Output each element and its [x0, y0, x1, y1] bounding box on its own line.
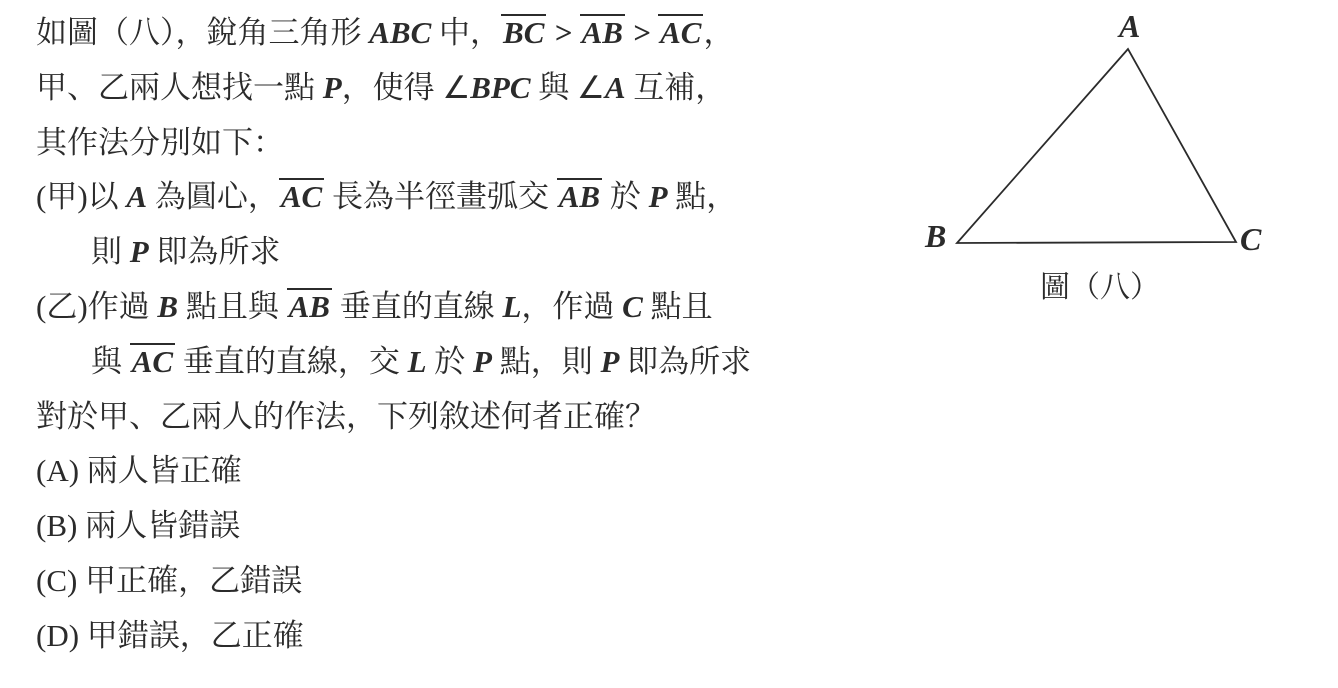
- text-run: 點，: [668, 179, 738, 214]
- text-run: 垂直的直線，交: [175, 344, 408, 379]
- text-run: 如圖（八），銳角三角形: [36, 15, 369, 50]
- text-run: 中，: [431, 15, 501, 50]
- text-run: 與: [531, 70, 578, 105]
- method-yi-line-1: (乙)作過 B 點且與 AB 垂直的直線 L，作過 C 點且: [36, 280, 916, 335]
- overlined-segment: AC: [279, 178, 324, 214]
- option-label: (A): [36, 453, 87, 488]
- overlined-segment: BC: [501, 14, 546, 50]
- option-label: (C): [36, 563, 85, 598]
- method-jia-line-2: 則 P 即為所求: [36, 225, 916, 280]
- method-jia-line-1: (甲)以 A 為圓心，AC 長為半徑畫弧交 AB 於 P 點，: [36, 170, 916, 225]
- text-run: (乙)作過: [36, 289, 157, 324]
- text-run: 長為半徑畫弧交: [324, 179, 557, 214]
- text-run: (甲)以: [36, 179, 126, 214]
- text-run: 點，則: [492, 344, 601, 379]
- text-run: 垂直的直線: [332, 289, 503, 324]
- overlined-segment: AB: [557, 178, 602, 214]
- statement-line-1: 如圖（八），銳角三角形 ABC 中，BC > AB > AC，: [36, 6, 916, 61]
- math-symbol: L: [502, 289, 521, 324]
- math-symbol: P: [323, 70, 342, 105]
- question-line: 對於甲、乙兩人的作法，下列敘述何者正確？: [36, 390, 916, 445]
- option-b: (B) 兩人皆錯誤: [36, 499, 916, 554]
- text-run: 則: [91, 234, 130, 269]
- triangle-abc: [957, 49, 1236, 243]
- vertex-label-b: B: [925, 220, 946, 252]
- math-symbol: >: [625, 15, 658, 50]
- angle-symbol: ∠: [442, 70, 470, 106]
- text-run: 互補，: [626, 70, 727, 105]
- text-run: 即為所求: [149, 234, 281, 269]
- text-run: 甲正確，乙錯誤: [85, 563, 302, 598]
- text-run: 甲錯誤，乙正確: [87, 618, 304, 653]
- math-symbol: >: [546, 15, 579, 50]
- overlined-segment: AC: [658, 14, 703, 50]
- text-run: ，作過: [521, 289, 622, 324]
- problem-text: 如圖（八），銳角三角形 ABC 中，BC > AB > AC，甲、乙兩人想找一點…: [36, 6, 916, 664]
- math-symbol: A: [605, 70, 626, 105]
- text-run: 為圓心，: [147, 179, 279, 214]
- overlined-segment: AC: [130, 343, 175, 379]
- math-symbol: BPC: [470, 70, 530, 105]
- math-symbol: P: [473, 344, 492, 379]
- text-run: 甲、乙兩人想找一點: [36, 70, 323, 105]
- text-run: 點且: [643, 289, 713, 324]
- text-run: 於: [602, 179, 649, 214]
- math-symbol: P: [649, 179, 668, 214]
- vertex-label-c: C: [1240, 223, 1261, 255]
- math-symbol: ABC: [369, 15, 431, 50]
- math-symbol: P: [130, 234, 149, 269]
- overlined-segment: AB: [580, 14, 625, 50]
- math-symbol: L: [408, 344, 427, 379]
- vertex-label-a: A: [1119, 10, 1140, 42]
- text-run: 兩人皆正確: [87, 453, 242, 488]
- math-symbol: B: [157, 289, 178, 324]
- statement-line-2: 甲、乙兩人想找一點 P，使得 ∠BPC 與 ∠A 互補，: [36, 61, 916, 116]
- option-c: (C) 甲正確，乙錯誤: [36, 554, 916, 609]
- text-run: 點且與: [178, 289, 287, 324]
- option-label: (B): [36, 508, 85, 543]
- text-run: 與: [91, 344, 130, 379]
- overlined-segment: AB: [287, 288, 332, 324]
- statement-line-3: 其作法分別如下：: [36, 116, 916, 171]
- math-symbol: P: [600, 344, 619, 379]
- text-run: 其作法分別如下：: [36, 125, 284, 160]
- angle-symbol: ∠: [577, 70, 605, 106]
- text-run: 即為所求: [619, 344, 751, 379]
- math-symbol: C: [622, 289, 643, 324]
- figure-caption: 圖（八）: [1000, 268, 1200, 307]
- math-symbol: A: [126, 179, 147, 214]
- text-run: 對於甲、乙兩人的作法，下列敘述何者正確？: [36, 399, 656, 434]
- text-run: 兩人皆錯誤: [85, 508, 240, 543]
- option-label: (D): [36, 618, 87, 653]
- text-run: ，使得: [342, 70, 443, 105]
- option-a: (A) 兩人皆正確: [36, 444, 916, 499]
- method-yi-line-2: 與 AC 垂直的直線，交 L 於 P 點，則 P 即為所求: [36, 335, 916, 390]
- text-run: ，: [703, 15, 734, 50]
- text-run: 於: [427, 344, 474, 379]
- option-d: (D) 甲錯誤，乙正確: [36, 609, 916, 664]
